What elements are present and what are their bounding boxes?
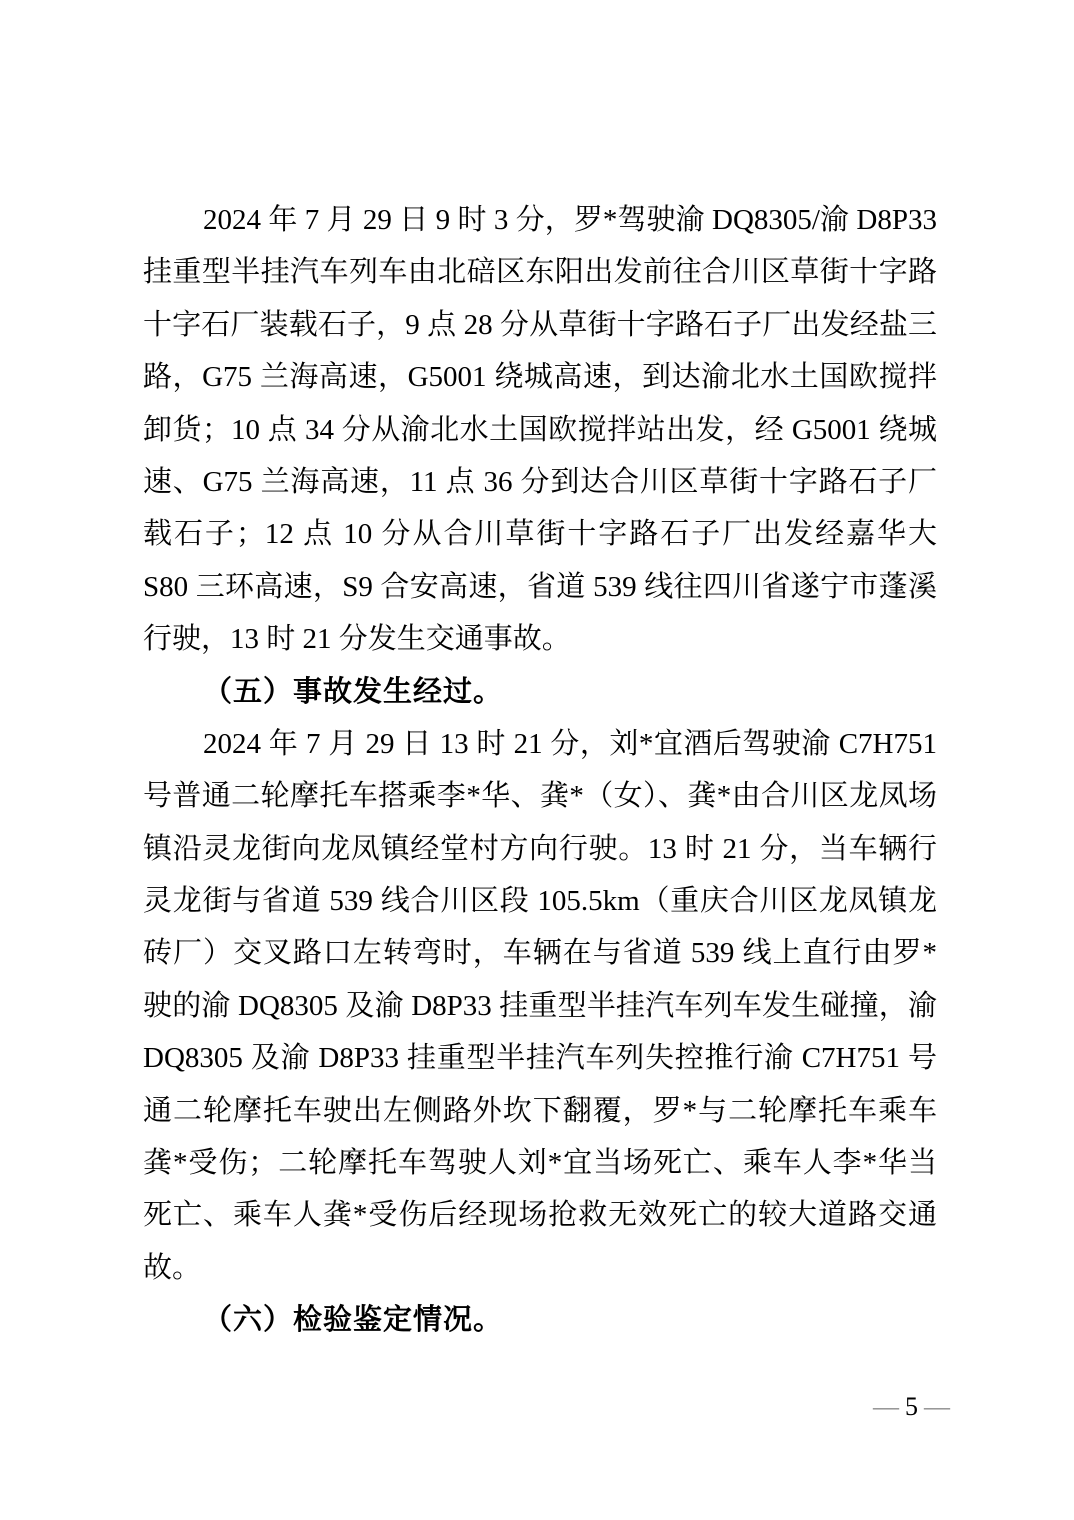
body-line-1: 2024 年 7 月 29 日 9 时 3 分，罗*驾驶渝 DQ8305/渝 D…	[143, 194, 937, 246]
body-line-8: S80 三环高速，S9 合安高速，省道 539 线往四川省遂宁市蓬溪县	[143, 561, 937, 613]
body-line-17: DQ8305 及渝 D8P33 挂重型半挂汽车列失控推行渝 C7H751 号普	[143, 1032, 937, 1084]
page-number-left-dash: —	[873, 1392, 899, 1421]
body-line-2: 挂重型半挂汽车列车由北碚区东阳出发前往合川区草街十字路	[143, 246, 937, 298]
body-line-9: 行驶，13 时 21 分发生交通事故。	[143, 613, 937, 665]
body-line-15: 砖厂）交叉路口左转弯时，车辆在与省道 539 线上直行由罗*驾	[143, 927, 937, 979]
body-line-4: 路，G75 兰海高速，G5001 绕城高速，到达渝北水土国欧搅拌站	[143, 351, 937, 403]
body-line-3: 十字石厂装载石子，9 点 28 分从草街十字路石子厂出发经盐三	[143, 299, 937, 351]
body-line-5: 卸货；10 点 34 分从渝北水土国欧搅拌站出发，经 G5001 绕城高	[143, 404, 937, 456]
body-line-13: 镇沿灵龙街向龙凤镇经堂村方向行驶。13 时 21 分，当车辆行驶	[143, 823, 937, 875]
body-line-12: 号普通二轮摩托车搭乘李*华、龚*（女）、龚*由合川区龙凤场	[143, 770, 937, 822]
page-number: 5	[905, 1392, 918, 1421]
section-heading-5: （五）事故发生经过。	[143, 666, 937, 718]
body-line-6: 速、G75 兰海高速，11 点 36 分到达合川区草街十字路石子厂装	[143, 456, 937, 508]
body-line-21: 故。	[143, 1242, 937, 1294]
page-footer: —5—	[873, 1391, 950, 1423]
body-line-16: 驶的渝 DQ8305 及渝 D8P33 挂重型半挂汽车列车发生碰撞，渝	[143, 980, 937, 1032]
page-number-right-dash: —	[924, 1392, 950, 1421]
report-body: 2024 年 7 月 29 日 9 时 3 分，罗*驾驶渝 DQ8305/渝 D…	[143, 194, 937, 1347]
section-heading-6: （六）检验鉴定情况。	[143, 1294, 937, 1346]
document-page: 2024 年 7 月 29 日 9 时 3 分，罗*驾驶渝 DQ8305/渝 D…	[0, 0, 1074, 1520]
body-line-11: 2024 年 7 月 29 日 13 时 21 分，刘*宜酒后驾驶渝 C7H75…	[143, 718, 937, 770]
body-line-7: 载石子；12 点 10 分从合川草街十字路石子厂出发经嘉华大道，	[143, 508, 937, 560]
body-line-18: 通二轮摩托车驶出左侧路外坎下翻覆，罗*与二轮摩托车乘车人	[143, 1085, 937, 1137]
body-line-14: 灵龙街与省道 539 线合川区段 105.5km（重庆合川区龙凤镇龙凤	[143, 875, 937, 927]
body-line-19: 龚*受伤；二轮摩托车驾驶人刘*宜当场死亡、乘车人李*华当场	[143, 1137, 937, 1189]
body-line-20: 死亡、乘车人龚*受伤后经现场抢救无效死亡的较大道路交通事	[143, 1189, 937, 1241]
